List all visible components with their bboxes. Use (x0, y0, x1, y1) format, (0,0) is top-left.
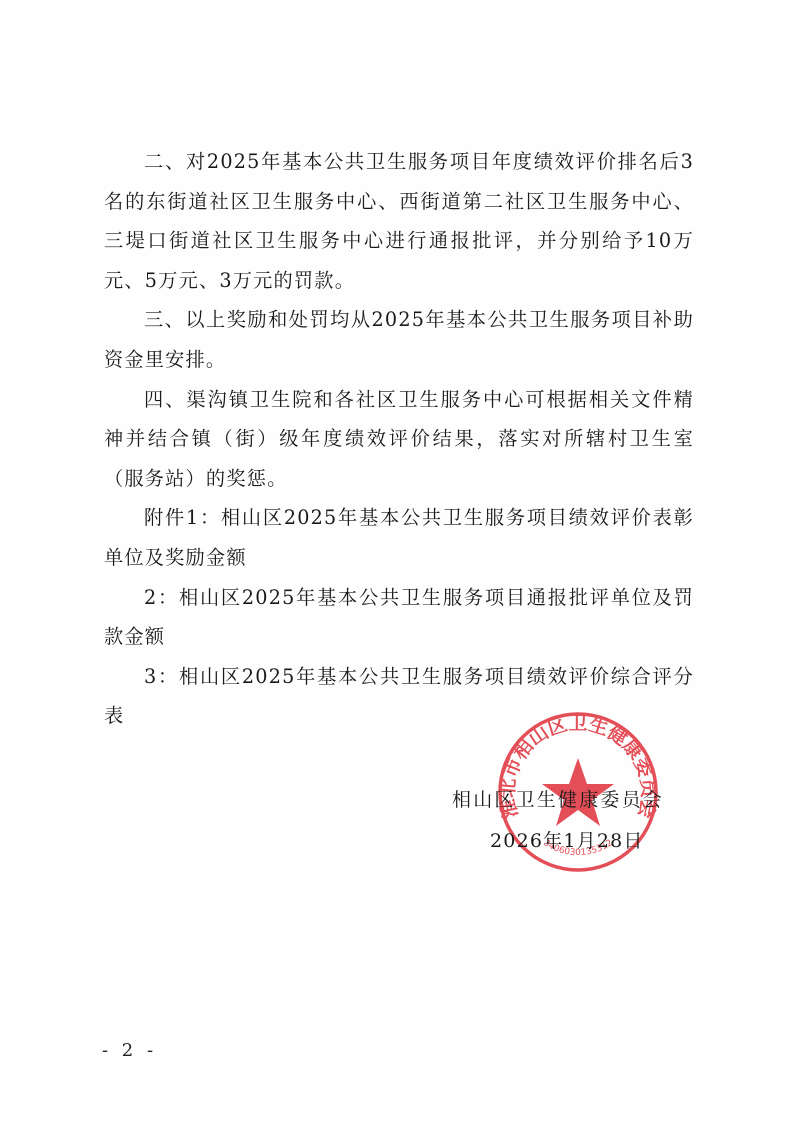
paragraph-criticism: 二、对2025年基本公共卫生服务项目年度绩效评价排名后3名的东街道社区卫生服务中… (104, 142, 694, 300)
signature-organization: 相山区卫生健康委员会 (452, 781, 664, 819)
signature-date: 2026年1月28日 (490, 826, 644, 856)
attachment-2: 2：相山区2025年基本公共卫生服务项目通报批评单位及罚款金额 (104, 578, 694, 657)
document-page: 二、对2025年基本公共卫生服务项目年度绩效评价排名后3名的东街道社区卫生服务中… (0, 0, 793, 1122)
page-number: - 2 - (102, 1040, 157, 1061)
paragraph-funding: 三、以上奖励和处罚均从2025年基本公共卫生服务项目补助资金里安排。 (104, 300, 694, 379)
attachment-1: 附件1：相山区2025年基本公共卫生服务项目绩效评价表彰单位及奖励金额 (104, 498, 694, 577)
document-body: 二、对2025年基本公共卫生服务项目年度绩效评价排名后3名的东街道社区卫生服务中… (104, 142, 694, 736)
paragraph-implementation: 四、渠沟镇卫生院和各社区卫生服务中心可根据相关文件精神并结合镇（街）级年度绩效评… (104, 380, 694, 499)
